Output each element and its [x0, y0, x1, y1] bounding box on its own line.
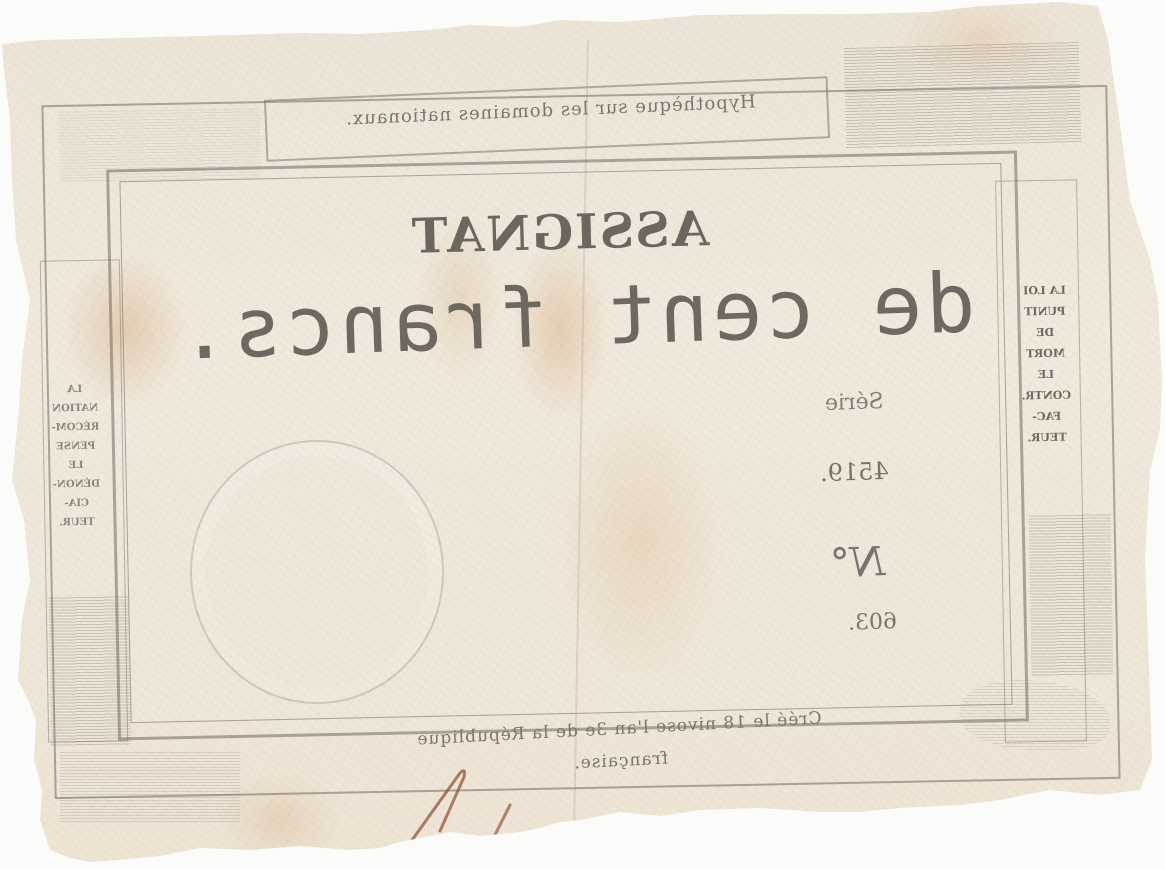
embossed-seal: [190, 440, 444, 704]
title-assignat: ASSIGNAT: [339, 199, 780, 266]
left-border-line: RÉCOM-: [51, 418, 99, 438]
right-border-warning-text: LA LOI PUNIT DE MORT LE CONTR. FAC- TEUR…: [1011, 279, 1082, 448]
left-border-text: LA NATION RÉCOM- PENSE LE DÉNON- CIA- TE…: [41, 379, 112, 532]
right-border-line: FAC-: [1022, 406, 1072, 428]
series-label: Série: [825, 389, 885, 416]
right-border-line: LA LOI: [1020, 280, 1070, 302]
right-border-line: DE: [1020, 322, 1070, 344]
signature-stroke: [400, 765, 540, 845]
right-border-line: LE: [1021, 364, 1071, 386]
left-border-line: LE: [52, 456, 100, 476]
left-border-line: NATION: [51, 399, 99, 419]
left-border-line: LA: [51, 380, 99, 400]
left-border-line: PENSE: [52, 437, 100, 457]
right-border-line: PUNIT: [1020, 301, 1070, 323]
title-mirrored: ASSIGNAT: [410, 201, 711, 265]
number-value-mirrored: 603.: [848, 609, 898, 636]
series-number-mirrored: 4519.: [820, 457, 890, 487]
right-border-line: MORT: [1021, 343, 1071, 365]
right-border-band: [995, 179, 1087, 742]
number-label-mirrored: N°: [829, 539, 886, 587]
left-border-text-mirrored: LA NATION RÉCOM- PENSE LE DÉNON- CIA- TE…: [51, 380, 101, 533]
left-border-line: CIA-: [53, 494, 101, 514]
left-border-line: TEUR.: [53, 513, 101, 533]
series-number: 4519.: [820, 457, 890, 487]
right-border-line: CONTR.: [1022, 385, 1072, 407]
series-label-mirrored: Série: [825, 389, 885, 416]
left-border-line: DÉNON-: [52, 475, 100, 495]
number-label: N°: [829, 539, 886, 587]
right-border-text-mirrored: LA LOI PUNIT DE MORT LE CONTR. FAC- TEUR…: [1020, 280, 1072, 449]
number-value: 603.: [848, 609, 898, 636]
right-border-line: TEUR.: [1022, 427, 1072, 449]
banknote-paper: Hypothèque sur les domaines nationaux. A…: [0, 0, 1165, 869]
